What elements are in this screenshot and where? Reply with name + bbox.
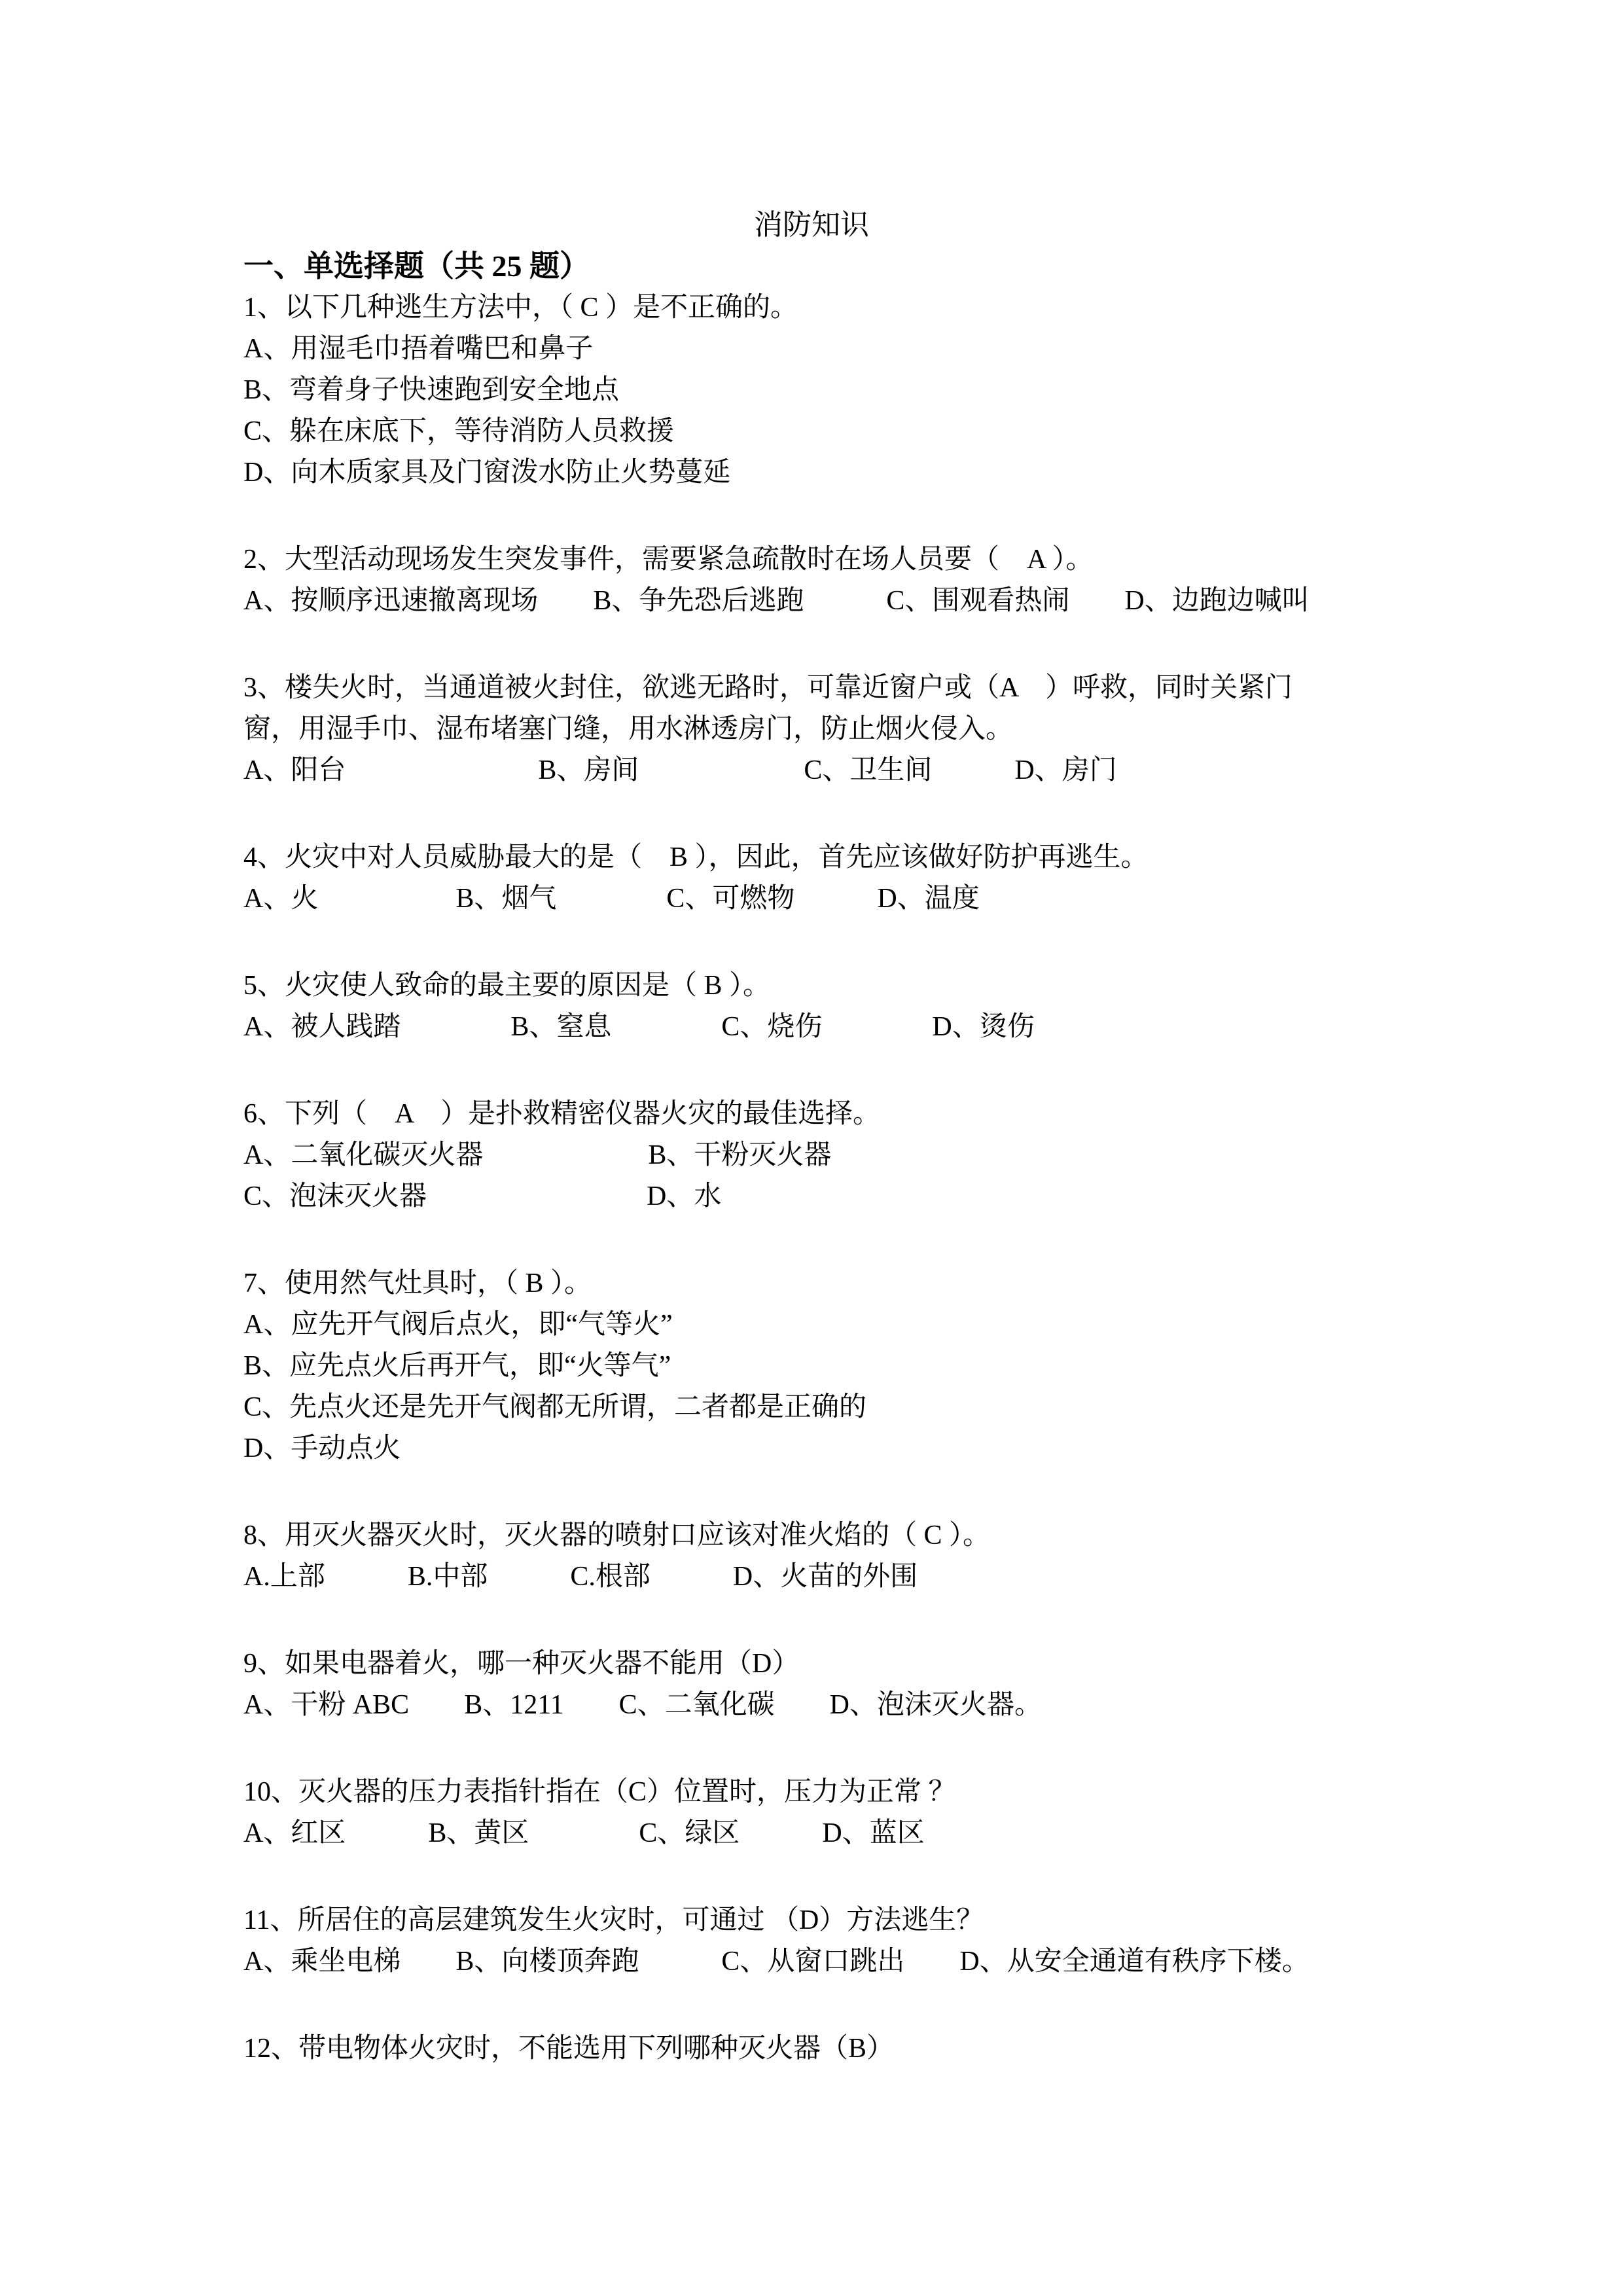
document-page: 消防知识 一、单选择题（共 25 题） 1、以下几种逃生方法中，（ C ）是不正… (0, 0, 1623, 2296)
option-line: C、躲在床底下，等待消防人员救援 (243, 411, 1380, 452)
document-title: 消防知识 (243, 204, 1380, 245)
question-block-6: 6、下列（ A ）是扑救精密仪器火灾的最佳选择。 A、二氧化碳灭火器 B、干粉灭… (243, 1094, 1380, 1217)
question-line: 5、火灾使人致命的最主要的原因是（ B ）。 (243, 965, 1380, 1007)
option-line: A、红区 B、黄区 C、绿区 D、蓝区 (243, 1813, 1380, 1854)
question-line-continued: 窗，用湿手巾、湿布堵塞门缝，用水淋透房门，防止烟火侵入。 (243, 709, 1380, 750)
question-line: 2、大型活动现场发生突发事件，需要紧急疏散时在场人员要（ A ）。 (243, 539, 1380, 581)
option-line: C、先点火还是先开气阀都无所谓，二者都是正确的 (243, 1387, 1380, 1428)
option-line: A、火 B、烟气 C、可燃物 D、温度 (243, 878, 1380, 920)
option-line: B、应先点火后再开气，即“火等气” (243, 1346, 1380, 1387)
question-line: 3、楼失火时，当通道被火封住，欲逃无路时，可靠近窗户或（A ）呼救，同时关紧门 (243, 668, 1380, 709)
question-line: 4、火灾中对人员威胁最大的是（ B ），因此，首先应该做好防护再逃生。 (243, 837, 1380, 878)
question-line: 8、用灭火器灭火时，灭火器的喷射口应该对准火焰的（ C ）。 (243, 1515, 1380, 1556)
question-block-9: 9、如果电器着火，哪一种灭火器不能用（D） A、干粉 ABC B、1211 C、… (243, 1643, 1380, 1726)
question-block-4: 4、火灾中对人员威胁最大的是（ B ），因此，首先应该做好防护再逃生。 A、火 … (243, 837, 1380, 920)
option-line: A、被人践踏 B、窒息 C、烧伤 D、烫伤 (243, 1007, 1380, 1048)
question-block-3: 3、楼失火时，当通道被火封住，欲逃无路时，可靠近窗户或（A ）呼救，同时关紧门 … (243, 668, 1380, 791)
question-block-1: 1、以下几种逃生方法中，（ C ）是不正确的。 A、用湿毛巾捂着嘴巴和鼻子 B、… (243, 287, 1380, 493)
option-line: D、手动点火 (243, 1428, 1380, 1469)
option-line: D、向木质家具及门窗泼水防止火势蔓延 (243, 452, 1380, 493)
question-block-12: 12、带电物体火灾时，不能选用下列哪种灭火器（B） (243, 2028, 1380, 2070)
option-line: A、用湿毛巾捂着嘴巴和鼻子 (243, 329, 1380, 370)
question-block-2: 2、大型活动现场发生突发事件，需要紧急疏散时在场人员要（ A ）。 A、按顺序迅… (243, 539, 1380, 622)
question-block-5: 5、火灾使人致命的最主要的原因是（ B ）。 A、被人践踏 B、窒息 C、烧伤 … (243, 965, 1380, 1048)
document-content: 消防知识 一、单选择题（共 25 题） 1、以下几种逃生方法中，（ C ）是不正… (243, 204, 1380, 2115)
question-block-7: 7、使用然气灶具时，（ B ）。 A、应先开气阀后点火，即“气等火” B、应先点… (243, 1263, 1380, 1469)
question-line: 1、以下几种逃生方法中，（ C ）是不正确的。 (243, 287, 1380, 329)
option-line: A、乘坐电梯 B、向楼顶奔跑 C、从窗口跳出 D、从安全通道有秩序下楼。 (243, 1941, 1380, 1982)
question-line: 9、如果电器着火，哪一种灭火器不能用（D） (243, 1643, 1380, 1685)
question-line: 12、带电物体火灾时，不能选用下列哪种灭火器（B） (243, 2028, 1380, 2070)
question-line: 11、所居住的高层建筑发生火灾时，可通过 （D）方法逃生？ (243, 1900, 1380, 1941)
question-block-10: 10、灭火器的压力表指针指在（C）位置时，压力为正常 ？ A、红区 B、黄区 C… (243, 1772, 1380, 1854)
option-line: C、泡沫灭火器 D、水 (243, 1176, 1380, 1217)
option-line: A、二氧化碳灭火器 B、干粉灭火器 (243, 1135, 1380, 1176)
section-heading: 一、单选择题（共 25 题） (243, 245, 1380, 287)
question-block-11: 11、所居住的高层建筑发生火灾时，可通过 （D）方法逃生？ A、乘坐电梯 B、向… (243, 1900, 1380, 1982)
option-line: A、应先开气阀后点火，即“气等火” (243, 1304, 1380, 1346)
question-line: 6、下列（ A ）是扑救精密仪器火灾的最佳选择。 (243, 1094, 1380, 1135)
option-line: B、弯着身子快速跑到安全地点 (243, 370, 1380, 411)
option-line: A、阳台 B、房间 C、卫生间 D、房门 (243, 750, 1380, 791)
option-line: A、干粉 ABC B、1211 C、二氧化碳 D、泡沫灭火器。 (243, 1685, 1380, 1726)
question-line: 7、使用然气灶具时，（ B ）。 (243, 1263, 1380, 1304)
question-block-8: 8、用灭火器灭火时，灭火器的喷射口应该对准火焰的（ C ）。 A.上部 B.中部… (243, 1515, 1380, 1598)
question-line: 10、灭火器的压力表指针指在（C）位置时，压力为正常 ？ (243, 1772, 1380, 1813)
option-line: A.上部 B.中部 C.根部 D、火苗的外围 (243, 1556, 1380, 1598)
option-line: A、按顺序迅速撤离现场 B、争先恐后逃跑 C、围观看热闹 D、边跑边喊叫 (243, 581, 1380, 622)
